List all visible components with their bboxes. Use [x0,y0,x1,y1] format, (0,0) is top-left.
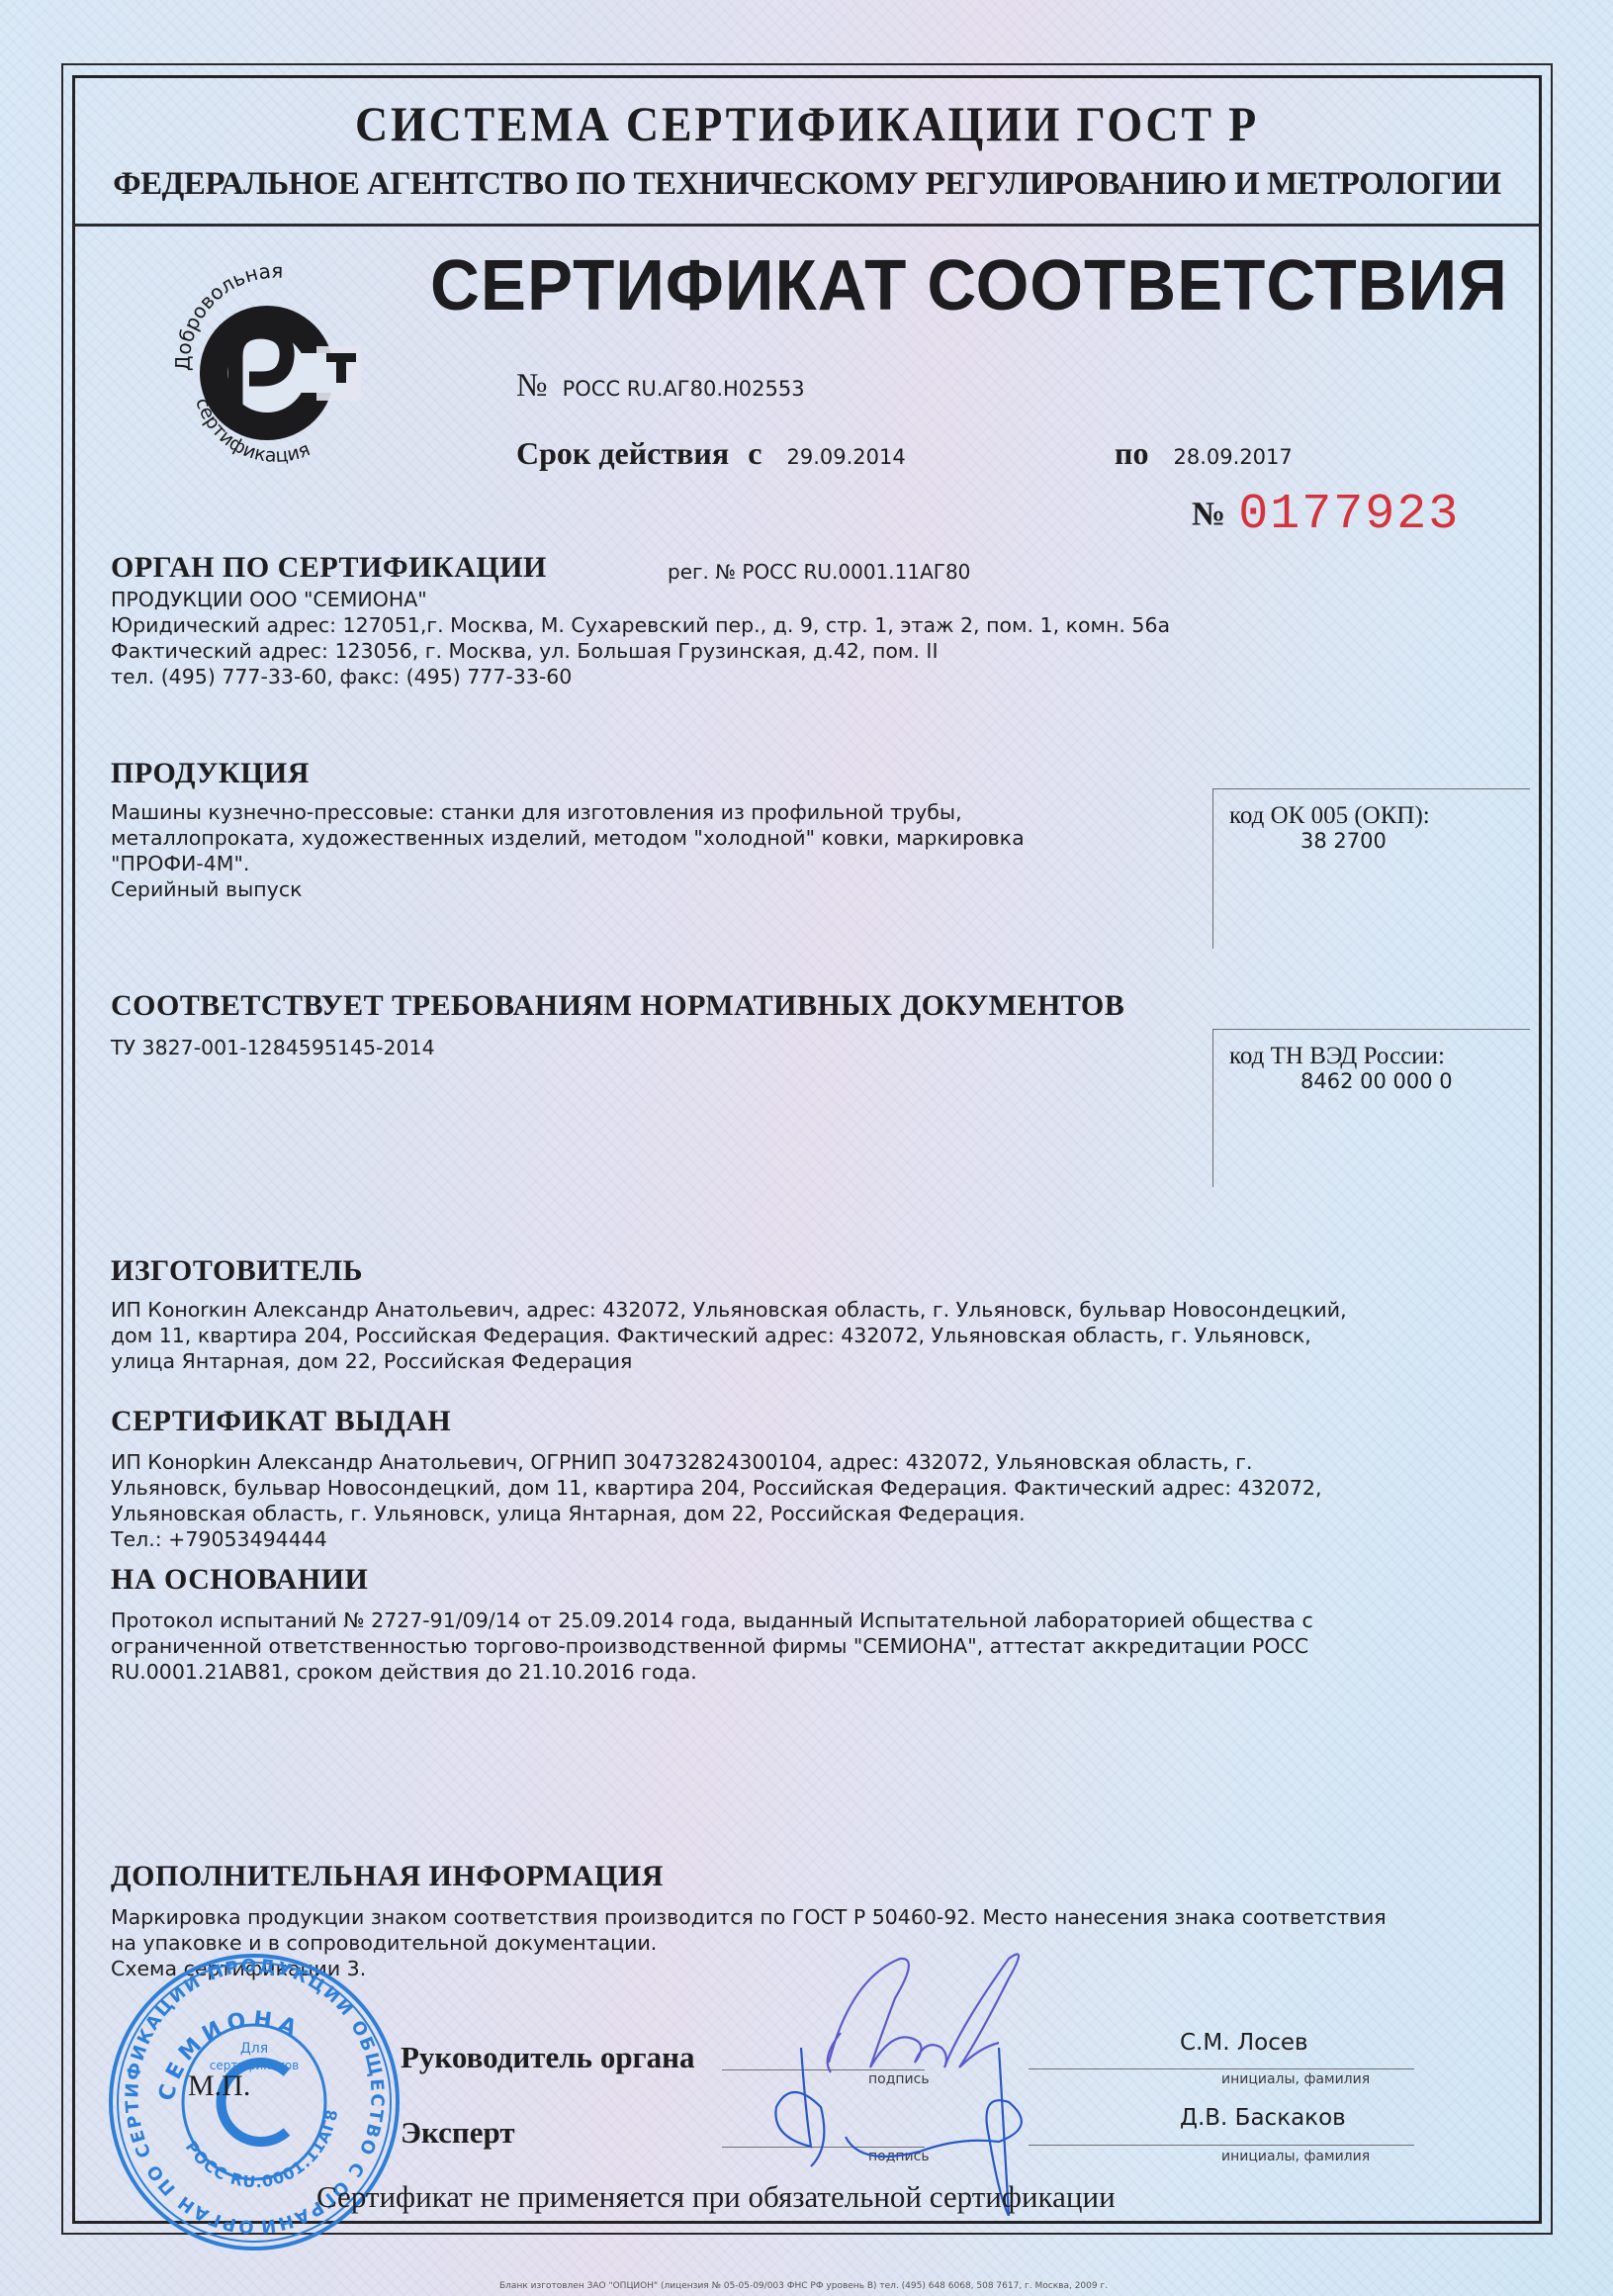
standards-list: ТУ 3827-001-1284595145-2014 [111,1035,435,1060]
tnved-code-value: 8462 00 000 0 [1213,1069,1530,1093]
product-description: Машины кузнечно-прессовые: станки для из… [111,799,1025,902]
voluntary-certification-note: Сертификат не применяется при обязательн… [316,2179,1116,2215]
product-line: Машины кузнечно-прессовые: станки для из… [111,799,1025,825]
blank-number-row: № 0177923 [1192,487,1460,543]
basis-line: ограниченной ответственностью торгово-пр… [111,1633,1313,1659]
head-signature-caption: подпись [868,2071,930,2087]
valid-to-date: 28.09.2017 [1174,445,1293,469]
additional-info-line: на упаковке и в сопроводительной докумен… [111,1930,1387,1956]
head-name: С.М. Лосев [1180,2030,1308,2056]
blank-printer-info: Бланк изготовлен ЗАО "ОПЦИОН" (лицензия … [499,2281,1108,2291]
basis-line: Протокол испытаний № 2727-91/09/14 от 25… [111,1607,1313,1633]
header-divider [72,224,1542,227]
valid-from-label: с [748,435,762,471]
seal-place-label: М.П. [188,2069,250,2103]
stamp-center-top: Для [240,2041,268,2057]
valid-to-label: по [1115,435,1148,471]
head-of-body-label: Руководитель органа [401,2040,695,2075]
product-line: металлопроката, художественных изделий, … [111,825,1025,851]
basis-heading: НА ОСНОВАНИИ [111,1563,368,1597]
rst-logo-icon: Добровольная сертификация [168,262,381,475]
expert-name: Д.В. Баскаков [1180,2105,1346,2131]
manufacturer-line: улица Янтарная, дом 22, Российская Федер… [111,1348,1347,1374]
tnved-code-box: код ТН ВЭД России: 8462 00 000 0 [1212,1029,1530,1187]
system-title: СИСТЕМА СЕРТИФИКАЦИИ ГОСТ Р [131,95,1482,152]
certificate-number: РОСС RU.АГ80.Н02553 [563,377,805,401]
certificate-number-row: № РОСС RU.АГ80.Н02553 [516,368,805,405]
valid-from-date: 29.09.2014 [787,445,906,469]
expert-signature-caption: подпись [868,2149,930,2164]
basis-details: Протокол испытаний № 2727-91/09/14 от 25… [111,1607,1313,1685]
okp-code-box: код ОК 005 (ОКП): 38 2700 [1212,788,1530,949]
expert-signature-line [722,2147,925,2148]
validity-row: Срок действия с 29.09.2014 [516,435,906,472]
issued-to-details: ИП Конорkин Александр Анатольевич, ОГРНИ… [111,1449,1321,1552]
additional-info-line: Маркировка продукции знаком соответствия… [111,1904,1387,1930]
valid-to-row: по 28.09.2017 [1115,435,1293,472]
certification-body-line: тел. (495) 777-33-60, факс: (495) 777-33… [111,664,1170,689]
blank-serial-number: 0177923 [1238,487,1460,543]
product-line: "ПРОФИ-4М". [111,851,1025,876]
standard-document: ТУ 3827-001-1284595145-2014 [111,1035,435,1060]
certificate-title: СЕРТИФИКАТ СООТВЕТСТВИЯ [430,245,1508,326]
manufacturer-details: ИП Конorкин Александр Анатольевич, адрес… [111,1297,1347,1374]
head-name-line [1029,2068,1414,2069]
tnved-code-label: код ТН ВЭД России: [1213,1030,1530,1069]
head-name-caption: инициалы, фамилия [1221,2071,1370,2087]
agency-name: ФЕДЕРАЛЬНОЕ АГЕНТСТВО ПО ТЕХНИЧЕСКОМУ РЕ… [72,166,1542,203]
product-heading: ПРОДУКЦИЯ [111,757,310,790]
issued-to-heading: СЕРТИФИКАТ ВЫДАН [111,1405,451,1438]
expert-label: Эксперт [401,2115,515,2151]
okp-code-label: код ОК 005 (ОКП): [1213,789,1530,829]
standards-heading: СООТВЕТСТВУЕТ ТРЕБОВАНИЯМ НОРМАТИВНЫХ ДО… [111,989,1124,1023]
certification-body-line: Юридический адрес: 127051,г. Москва, М. … [111,612,1170,638]
issued-to-line: Тел.: +79053494444 [111,1526,1321,1552]
certification-body-line: ПРОДУКЦИИ ООО "СЕМИОНА" [111,587,1170,612]
issued-to-line: Ульяновская область, г. Ульяновск, улица… [111,1501,1321,1526]
number-sign: № [516,368,548,404]
certification-body-line: Фактический адрес: 123056, г. Москва, ул… [111,638,1170,664]
product-line: Серийный выпуск [111,876,1025,902]
certification-body-heading: ОРГАН ПО СЕРТИФИКАЦИИ [111,551,547,585]
certification-body-reg-number: рег. № РОСС RU.0001.11АГ80 [668,560,970,584]
issued-to-line: Ульяновск, бульвар Новосондецкий, дом 11… [111,1475,1321,1501]
issued-to-line: ИП Конорkин Александр Анатольевич, ОГРНИ… [111,1449,1321,1475]
blank-number-sign: № [1192,497,1225,533]
expert-name-caption: инициалы, фамилия [1221,2149,1370,2164]
manufacturer-heading: ИЗГОТОВИТЕЛЬ [111,1254,363,1288]
additional-info-heading: ДОПОЛНИТЕЛЬНАЯ ИНФОРМАЦИЯ [111,1860,664,1893]
basis-line: RU.0001.21АВ81, сроком действия до 21.10… [111,1659,1313,1685]
okp-code-value: 38 2700 [1213,829,1530,853]
expert-name-line [1029,2145,1414,2146]
validity-label: Срок действия [516,435,729,471]
head-signature-line [722,2069,925,2070]
manufacturer-line: дом 11, квартира 204, Российская Федерац… [111,1323,1347,1348]
manufacturer-line: ИП Конorкин Александр Анатольевич, адрес… [111,1297,1347,1323]
certification-body-details: ПРОДУКЦИИ ООО "СЕМИОНА" Юридический адре… [111,587,1170,689]
